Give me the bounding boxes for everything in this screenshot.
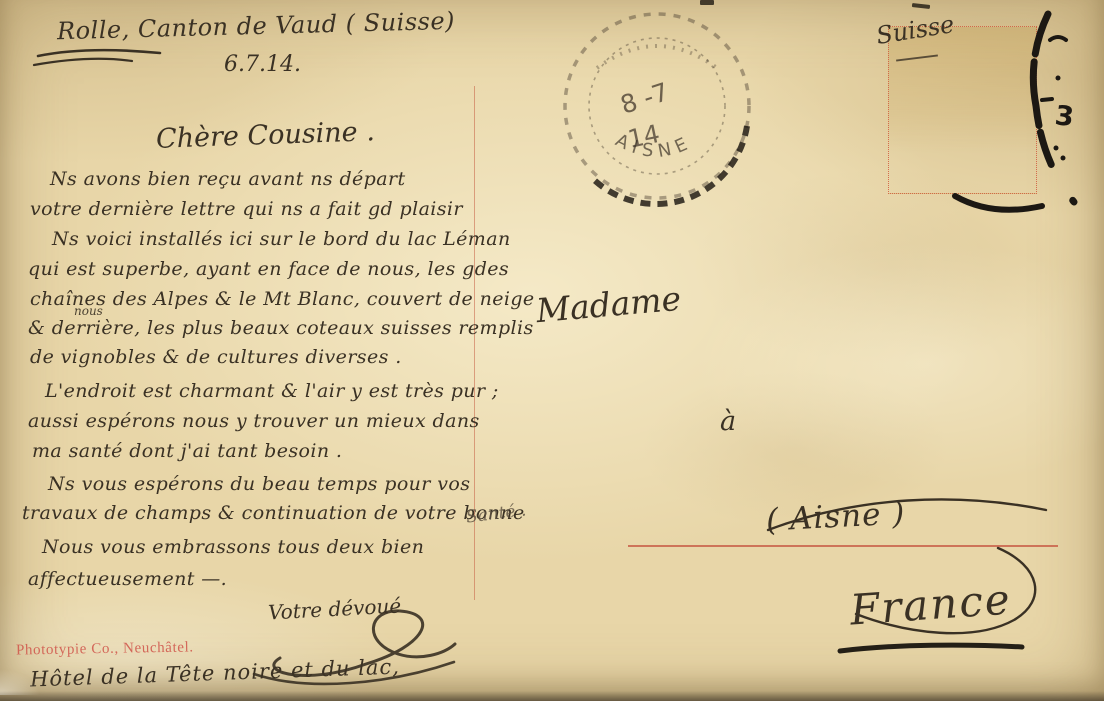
side-postmark-digit: 3: [1053, 100, 1075, 133]
letter-line: Ns voici installés ici sur le bord du la…: [52, 230, 511, 249]
address-preposition: à: [720, 408, 736, 435]
letter-line: de vignobles & de cultures diverses .: [30, 348, 402, 367]
letter-salutation: Chère Cousine .: [156, 118, 376, 153]
letter-line: L'endroit est charmant & l'air y est trè…: [45, 382, 499, 401]
postmark-day-month: 8 -7: [617, 77, 672, 120]
postmark-arrival-partial: 3: [930, 0, 1104, 230]
letter-line: Ns vous espérons du beau temps pour vos: [48, 475, 470, 494]
letter-line: & derrière, les plus beaux coteaux suiss…: [28, 319, 534, 338]
letter-line: Ns avons bien reçu avant ns départ: [50, 170, 406, 189]
letter-line: votre dernière lettre qui ns a fait gd p…: [30, 200, 463, 219]
top-edge-mark: [700, 0, 714, 5]
origin-line: Rolle, Canton de Vaud ( Suisse): [57, 9, 455, 43]
letter-line: travaux de champs & continuation de votr…: [22, 504, 525, 523]
top-edge-mark: [912, 3, 930, 9]
letter-line: aussi espérons nous y trouver un mieux d…: [28, 412, 480, 431]
letter-line: affectueusement —.: [28, 570, 227, 589]
address-recipient: Madame: [535, 282, 682, 328]
postmark-aisne: 8 -7 14 AISNE: [552, 6, 762, 211]
address-country: France: [849, 578, 1013, 631]
letter-insertion-word: nous: [74, 305, 103, 317]
france-underline: [836, 640, 1028, 656]
rolle-underline-flourish: [32, 48, 172, 72]
letter-line: qui est superbe, ayant en face de nous, …: [28, 260, 509, 279]
letter-line: Nous vous embrassons tous deux bien: [42, 538, 424, 557]
letter-line: ma santé dont j'ai tant besoin .: [32, 442, 342, 461]
date-line: 6.7.14.: [224, 54, 301, 76]
publisher-imprint: Phototypie Co., Neuchâtel.: [16, 639, 194, 659]
postcard-back: Rolle, Canton de Vaud ( Suisse) 6.7.14. …: [0, 0, 1104, 701]
letter-line: chaînes des Alpes & le Mt Blanc, couvert…: [30, 290, 535, 309]
card-bottom-edge: [0, 691, 1104, 701]
